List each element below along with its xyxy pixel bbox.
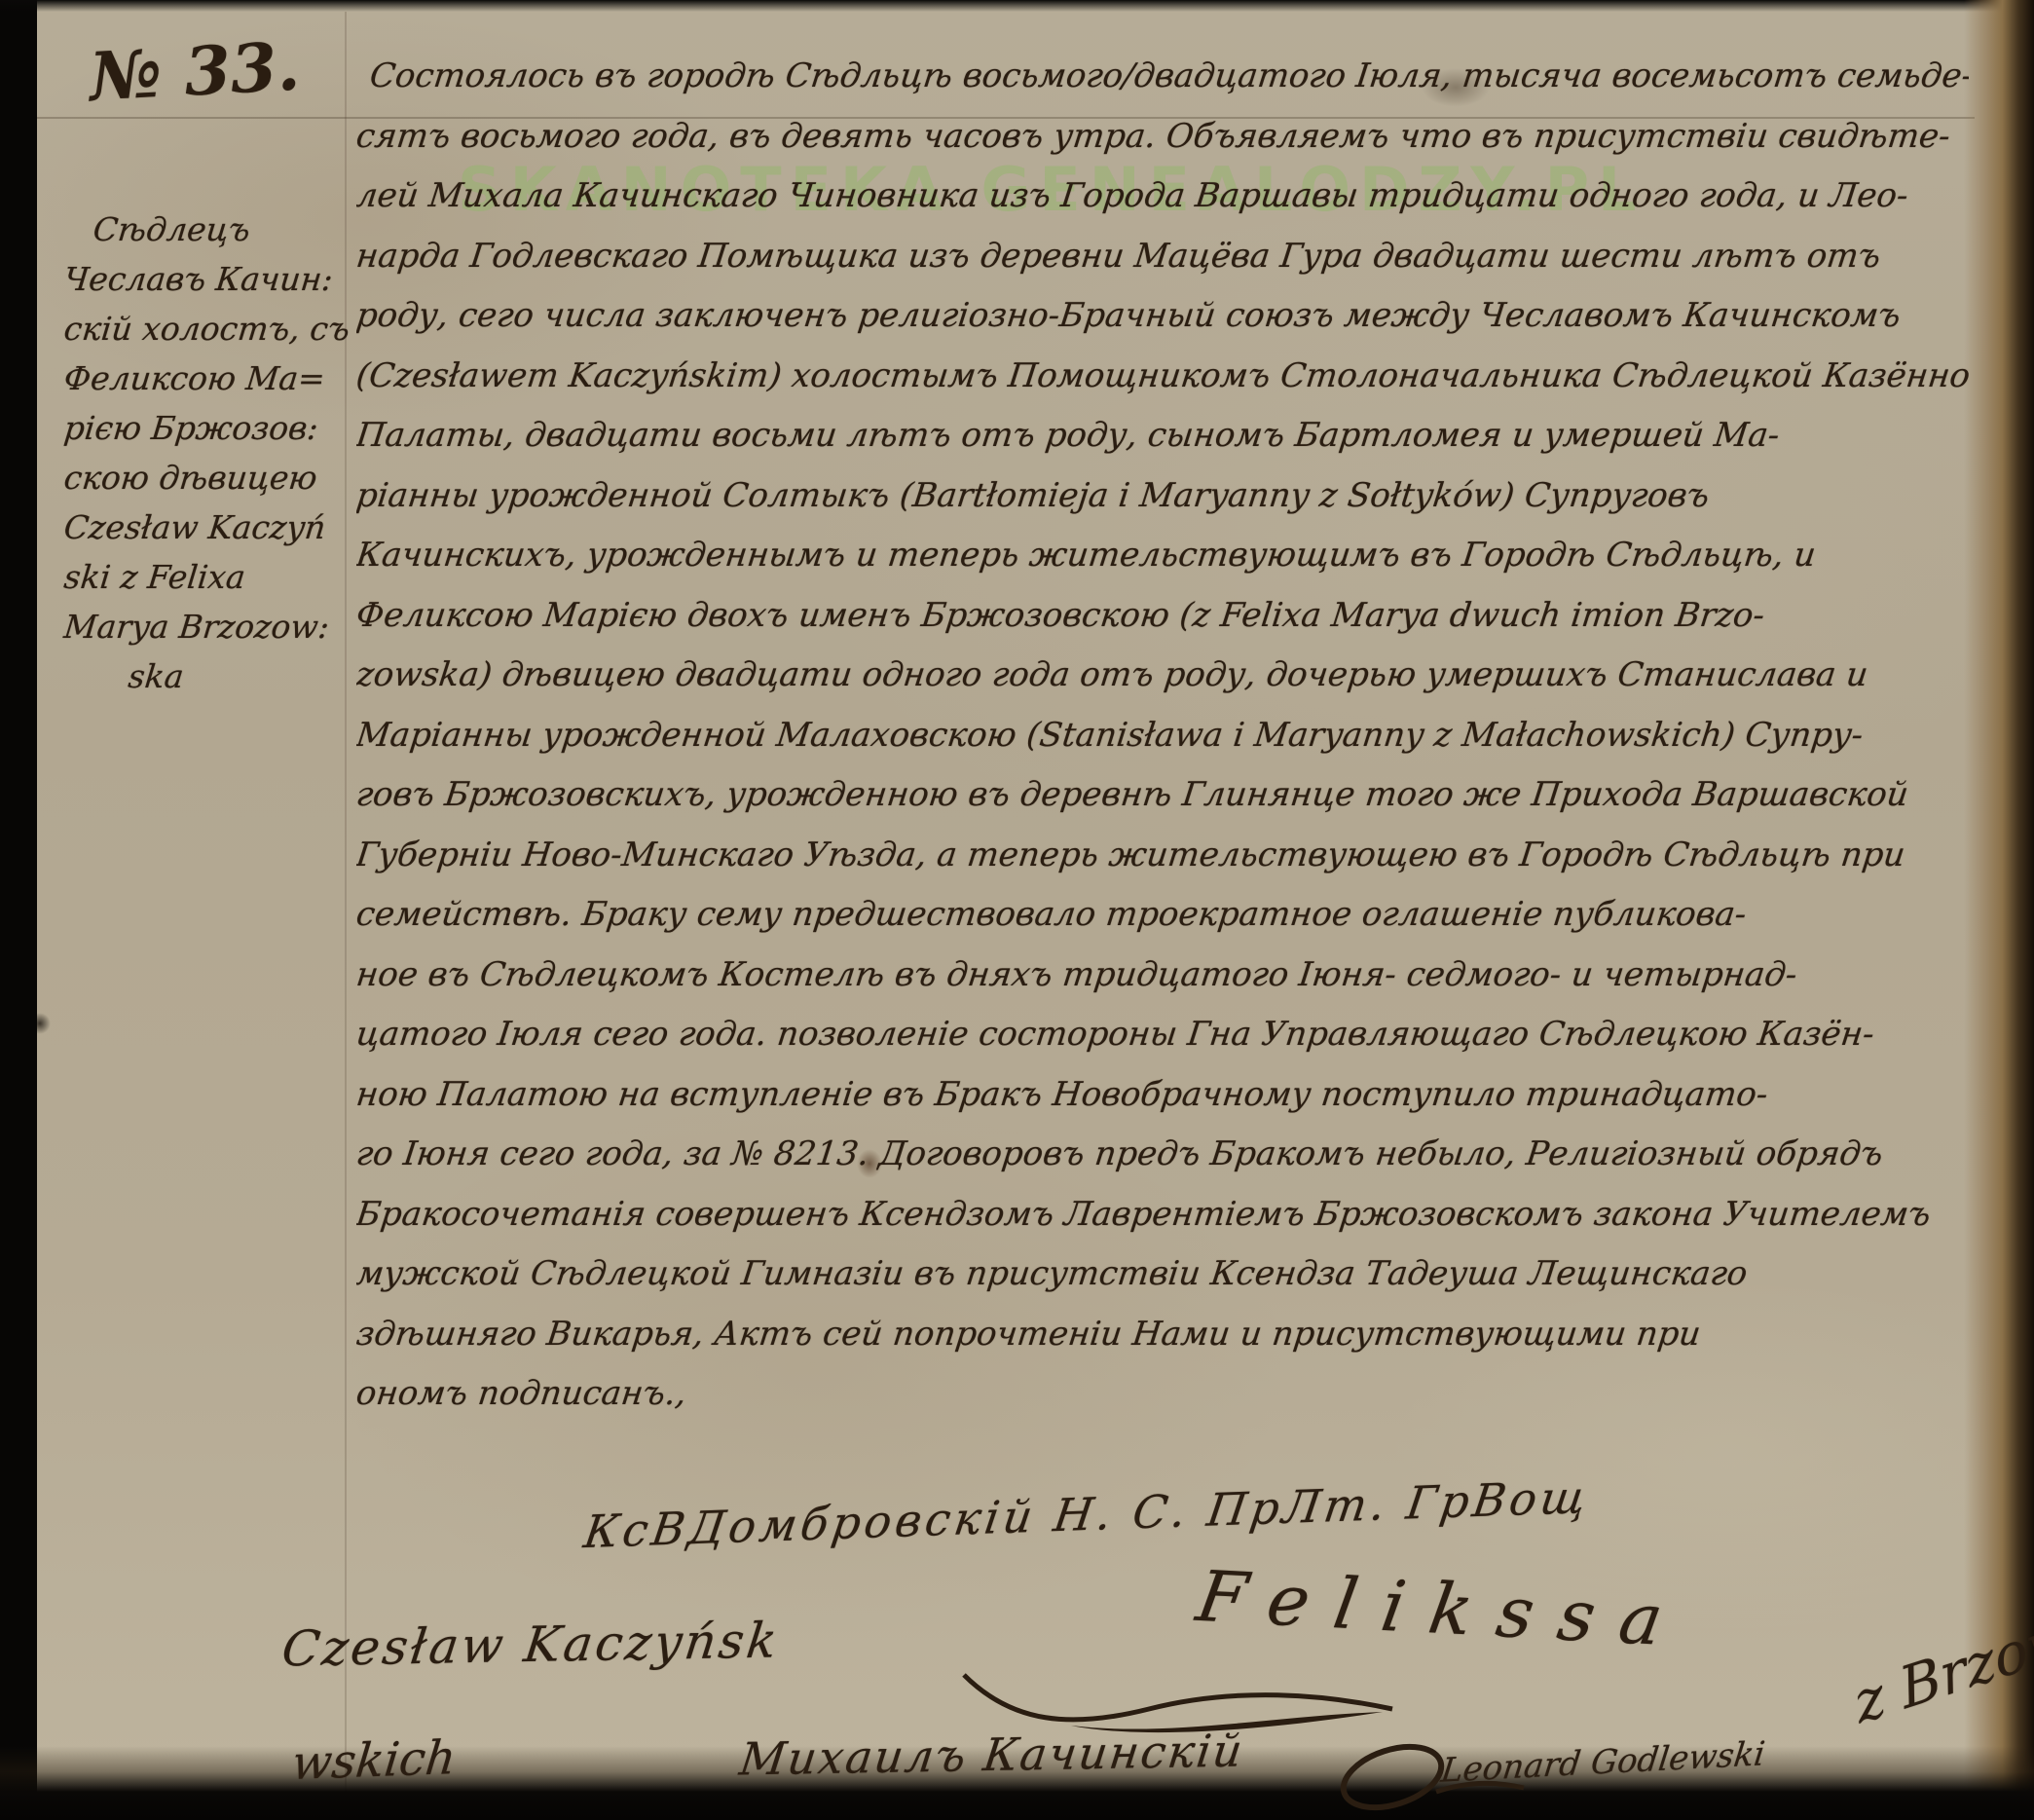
body-line: роду, сего числа заключенъ религіозно-Бр…	[356, 286, 1969, 347]
body-line: zowska) дѣвицею двадцати одного года отъ…	[356, 646, 1969, 706]
body-line: (Czesławem Kaczyńskim) холостымъ Помощни…	[356, 347, 1969, 407]
body-line: ріанны урожденной Солтыкъ (Bartłomieja i…	[356, 466, 1969, 527]
body-line: Палаты, двадцати восьми лѣтъ отъ роду, с…	[356, 406, 1969, 466]
margin-line: Сѣдлецъ	[48, 204, 345, 254]
scan-edge-left	[0, 0, 37, 1820]
groom-signature-continued: wskich	[289, 1730, 459, 1791]
record-number: № 33.	[49, 25, 345, 119]
body-line: Губерніи Ново-Минскаго Уѣзда, а теперь ж…	[356, 826, 1969, 886]
page-binding-edge	[1964, 0, 2034, 1820]
act-body-text: Состоялось въ городѣ Сѣдльцѣ восьмого/дв…	[356, 47, 1969, 1449]
body-line: нарда Годлевскаго Помѣщика изъ деревни М…	[356, 227, 1969, 287]
margin-line: Феликсою Ма=	[48, 353, 345, 403]
body-line: мужской Сѣдлецкой Гимназіи въ присутстві…	[356, 1244, 1969, 1305]
body-line: цатого Іюля сего года. позволеніе состор…	[356, 1005, 1969, 1065]
body-line: ное въ Сѣдлецкомъ Костелѣ въ дняхъ тридц…	[356, 946, 1969, 1006]
body-line: семействѣ. Браку сему предшествовало тро…	[356, 885, 1969, 946]
body-line: ономъ подписанъ.,	[356, 1364, 1969, 1425]
body-line: Состоялось въ городѣ Сѣдльцѣ восьмого/дв…	[356, 47, 1969, 107]
body-line: Феликсою Марією двохъ именъ Бржозовскою …	[356, 586, 1969, 647]
body-line: говъ Бржозовскихъ, урожденною въ деревнѣ…	[356, 765, 1969, 826]
signature-flourish-loop	[1334, 1724, 1529, 1811]
body-line: Качинскихъ, урожденнымъ и теперь жительс…	[356, 526, 1969, 586]
groom-signature: Czesław Kaczyńsk	[278, 1612, 783, 1677]
body-line: ною Палатою на вступленіе въ Бракъ Новоб…	[356, 1065, 1969, 1126]
body-line: Маріанны урожденной Малаховскою (Stanisł…	[356, 706, 1969, 766]
margin-line: Чеславъ Качин:	[48, 254, 345, 304]
scan-edge-top	[0, 0, 2034, 12]
margin-annotation: Сѣдлецъ Чеславъ Качин: скій холостъ, съ …	[51, 204, 343, 701]
margin-line: скою дѣвицею	[48, 453, 345, 502]
margin-line: ska	[48, 651, 345, 701]
body-line: Бракосочетанія совершенъ Ксендзомъ Лавре…	[356, 1185, 1969, 1245]
body-line: лей Михала Качинскаго Чиновника изъ Горо…	[356, 167, 1969, 227]
margin-vertical-rule	[345, 12, 347, 1799]
body-line: го Іюня сего года, за № 8213. Договоровъ…	[356, 1125, 1969, 1185]
margin-line: скій холостъ, съ	[48, 304, 345, 353]
witness-signature-kaczynski: Михаилъ Качинскій	[737, 1724, 1247, 1785]
body-line: здѣшняго Викарья, Актъ сей попрочтеніи Н…	[356, 1305, 1969, 1365]
margin-line: Czesław Kaczyń	[48, 502, 345, 552]
margin-line: рією Бржозов:	[48, 403, 345, 453]
body-line: сятъ восьмого года, въ девять часовъ утр…	[356, 107, 1969, 167]
margin-line: Marya Brzozow:	[48, 602, 345, 651]
margin-column: № 33. Сѣдлецъ Чеславъ Качин: скій холост…	[51, 33, 343, 701]
manuscript-scan-page: SKANOTEKA GENEALODZY.PL № 33. Сѣдлецъ Че…	[0, 0, 2034, 1820]
margin-line: ski z Felixa	[48, 552, 345, 602]
